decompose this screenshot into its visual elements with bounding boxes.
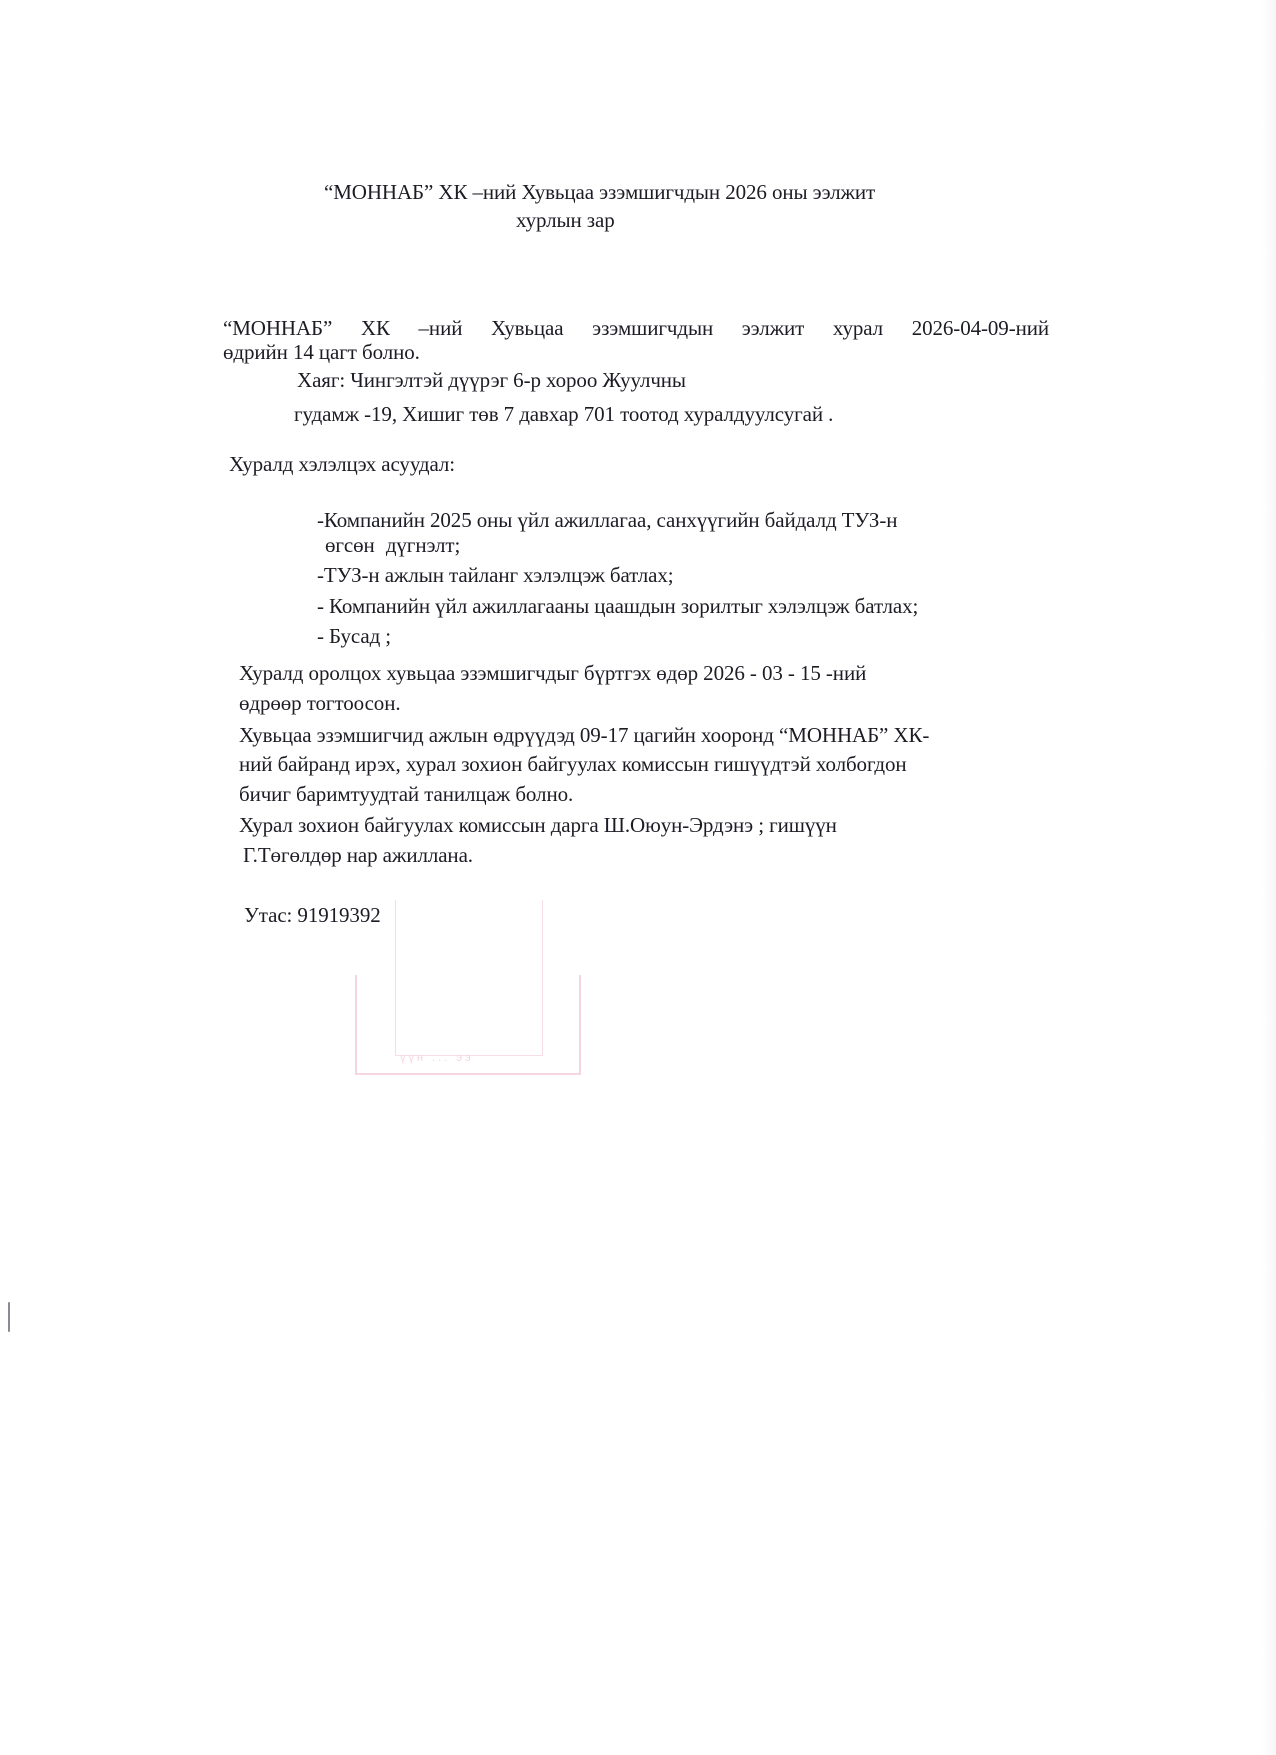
stamp-text: үүн ... ээ bbox=[400, 1052, 474, 1064]
documents-info-line-3: бичиг баримтуудтай танилцаж болно. bbox=[239, 782, 573, 806]
intro-paragraph-line-2: өдрийн 14 цагт болно. bbox=[223, 340, 420, 364]
document-title-line-2: хурлын зар bbox=[516, 208, 615, 232]
address-line-1: Хаяг: Чингэлтэй дүүрэг 6-р хороо Жуулчны bbox=[297, 368, 686, 392]
agenda-item-1-continued: өгсөн дүгнэлт; bbox=[325, 533, 460, 557]
documents-info-line-2: ний байранд ирэх, хурал зохион байгуулах… bbox=[239, 752, 907, 776]
address-line-2: гудамж -19, Хишиг төв 7 давхар 701 тоото… bbox=[294, 402, 833, 426]
agenda-heading: Хуралд хэлэлцэх асуудал: bbox=[229, 452, 455, 476]
registration-line-2: өдрөөр тогтоосон. bbox=[239, 691, 400, 715]
scanned-page: “МОННАБ” ХК –ний Хувьцаа эзэмшигчдын 202… bbox=[0, 0, 1276, 1755]
agenda-item-1: -Компанийн 2025 оны үйл ажиллагаа, санхү… bbox=[317, 508, 897, 532]
document-title-line-1: “МОННАБ” ХК –ний Хувьцаа эзэмшигчдын 202… bbox=[324, 180, 875, 204]
scan-artifact-mark bbox=[8, 1302, 10, 1332]
scan-edge-shadow bbox=[1262, 0, 1276, 1755]
intro-paragraph-line-1: “МОННАБ” ХК –ний Хувьцаа эзэмшигчдын ээл… bbox=[223, 316, 1049, 340]
registration-line-1: Хуралд оролцох хувьцаа эзэмшигчдыг бүртг… bbox=[239, 661, 866, 685]
agenda-item-3: - Компанийн үйл ажиллагааны цаашдын зори… bbox=[317, 594, 918, 618]
company-stamp-icon: үүн ... ээ bbox=[355, 880, 580, 1075]
commission-line-1: Хурал зохион байгуулах комиссын дарга Ш.… bbox=[239, 813, 837, 837]
documents-info-line-1: Хувьцаа эзэмшигчид ажлын өдрүүдэд 09-17 … bbox=[239, 723, 929, 747]
stamp-inner-frame bbox=[395, 900, 543, 1056]
agenda-item-4: - Бусад ; bbox=[317, 624, 391, 648]
agenda-item-2: -ТУЗ-н ажлын тайланг хэлэлцэж батлах; bbox=[317, 563, 673, 587]
commission-line-2: Г.Төгөлдөр нар ажиллана. bbox=[243, 843, 473, 867]
